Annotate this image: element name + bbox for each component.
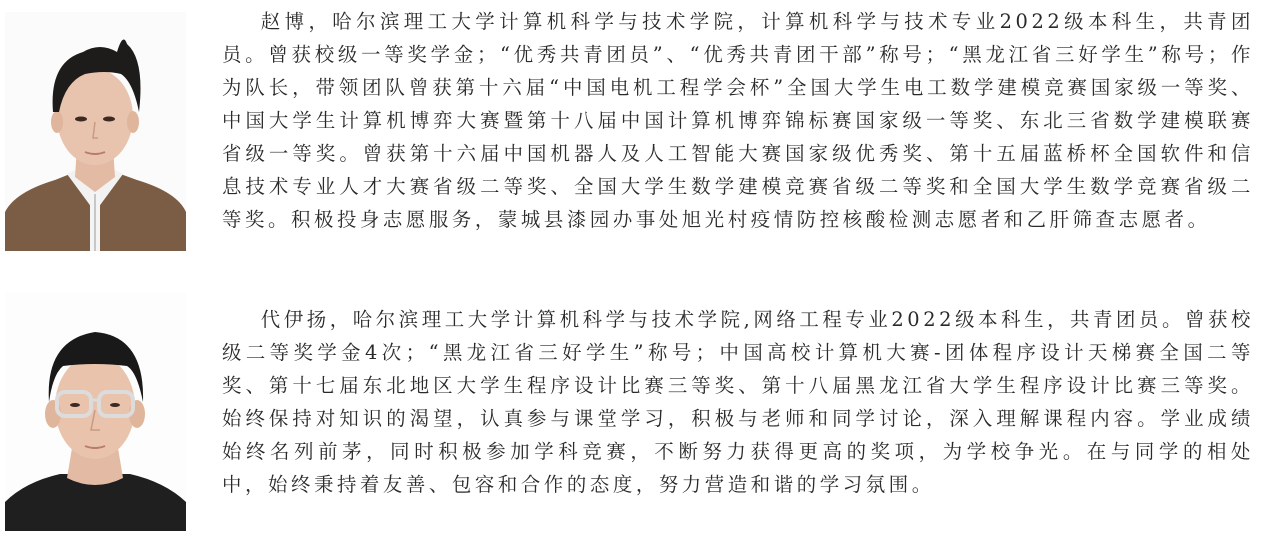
bio-text-dai-yiyang: 代伊扬，哈尔滨理工大学计算机科学与技术学院,网络工程专业2022级本科生，共青团… xyxy=(222,303,1254,501)
portrait-photo-zhao-bo xyxy=(5,12,186,251)
portrait-photo-icon xyxy=(5,12,186,251)
portrait-photo-dai-yiyang xyxy=(5,292,186,531)
profile-dai-yiyang: 代伊扬，哈尔滨理工大学计算机科学与技术学院,网络工程专业2022级本科生，共青团… xyxy=(0,280,1268,538)
bio-text-zhao-bo: 赵博，哈尔滨理工大学计算机科学与技术学院，计算机科学与技术专业2022级本科生，… xyxy=(222,5,1254,236)
profile-zhao-bo: 赵博，哈尔滨理工大学计算机科学与技术学院，计算机科学与技术专业2022级本科生，… xyxy=(0,0,1268,280)
portrait-photo-icon xyxy=(5,292,186,531)
